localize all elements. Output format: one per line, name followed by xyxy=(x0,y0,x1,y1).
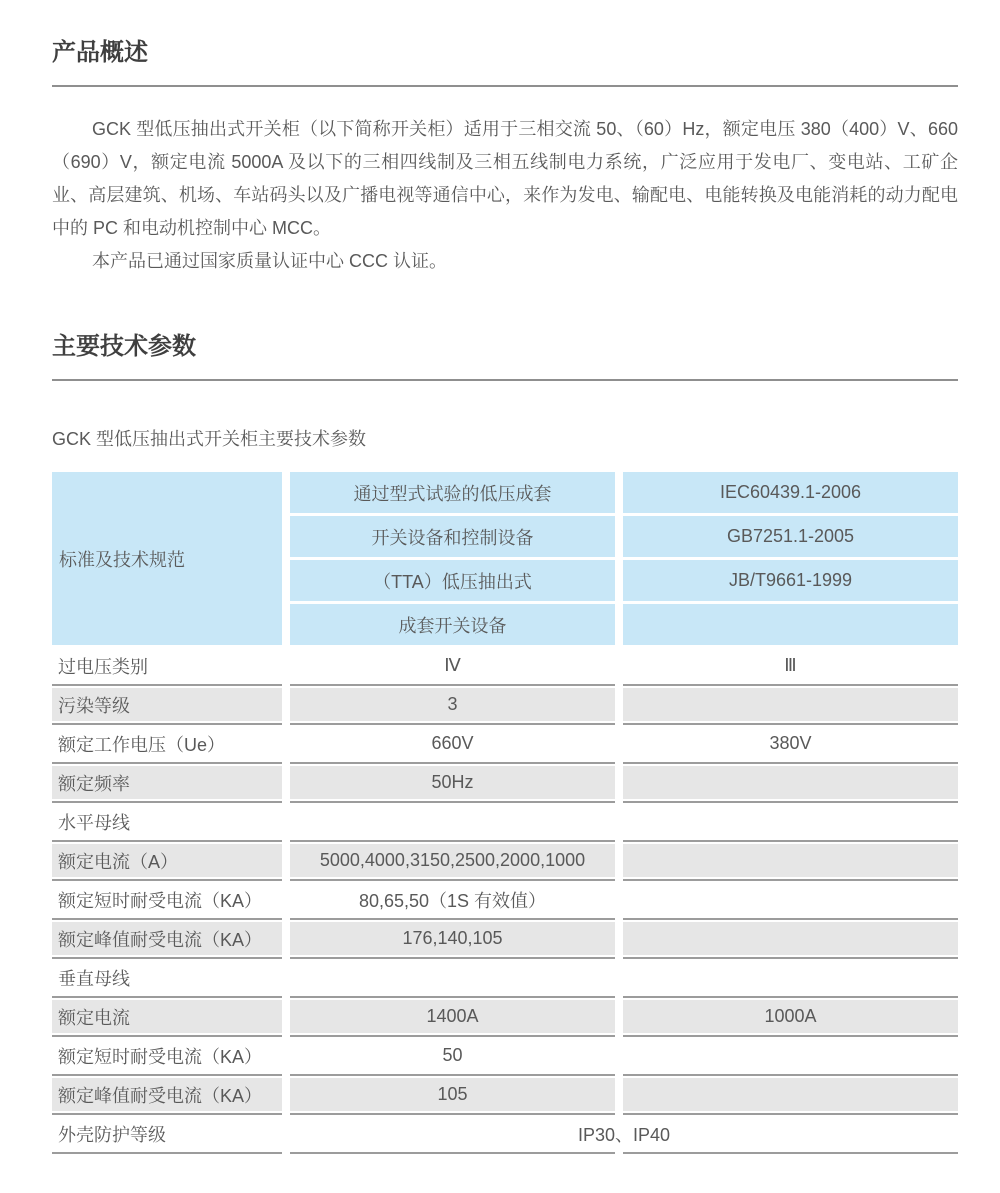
table-row: 过电压类别ⅣⅢ xyxy=(52,647,958,686)
row-label-text: 额定工作电压（Ue） xyxy=(52,731,225,757)
row-label-cell: 污染等级 xyxy=(52,686,282,725)
row-value-col3 xyxy=(623,920,958,959)
standards-value-cell xyxy=(623,604,958,645)
row-label-cell: 额定工作电压（Ue） xyxy=(52,725,282,764)
row-label-cell: 额定短时耐受电流（KA） xyxy=(52,1037,282,1076)
row-value-col2: 3 xyxy=(290,686,615,725)
section-title-params: 主要技术参数 xyxy=(52,332,958,381)
row-label-text: 额定峰值耐受电流（KA） xyxy=(52,926,262,952)
row-value-col2: 5000,4000,3150,2500,2000,1000 xyxy=(290,842,615,881)
standards-name-cell: （TTA）低压抽出式 xyxy=(290,560,615,601)
table-row: 额定电流（A）5000,4000,3150,2500,2000,1000 xyxy=(52,842,958,881)
row-label-text: 额定短时耐受电流（KA） xyxy=(52,887,262,913)
row-label-cell: 额定电流（A） xyxy=(52,842,282,881)
row-label-cell: 水平母线 xyxy=(52,803,282,842)
table-row: 额定工作电压（Ue）660V380V xyxy=(52,725,958,764)
row-label-cell: 垂直母线 xyxy=(52,959,282,998)
row-label-text: 额定电流（A） xyxy=(52,848,178,874)
table-row: 外壳防护等级IP30、IP40 xyxy=(52,1115,958,1154)
row-value-col3 xyxy=(623,842,958,881)
row-span-value: IP30、IP40 xyxy=(290,1115,958,1152)
row-label-cell: 额定频率 xyxy=(52,764,282,803)
table-caption: GCK 型低压抽出式开关柜主要技术参数 xyxy=(52,425,958,451)
overview-paragraph-1: GCK 型低压抽出式开关柜（以下简称开关柜）适用于三相交流 50、（60）Hz，… xyxy=(52,113,958,245)
standards-value-cell: IEC60439.1-2006 xyxy=(623,472,958,513)
row-label-text: 额定峰值耐受电流（KA） xyxy=(52,1082,262,1108)
row-label-text: 污染等级 xyxy=(52,692,130,718)
row-value-col2: 50 xyxy=(290,1037,615,1076)
standards-label-text: 标准及技术规范 xyxy=(52,546,185,572)
row-value-col3 xyxy=(623,764,958,803)
standards-name-cell: 成套开关设备 xyxy=(290,604,615,645)
standards-label-cell: 标准及技术规范 xyxy=(52,472,282,645)
table-row: 额定频率50Hz xyxy=(52,764,958,803)
row-label-text: 水平母线 xyxy=(52,809,130,835)
row-label-text: 过电压类别 xyxy=(52,653,148,679)
table-row: 额定短时耐受电流（KA）80,65,50（1S 有效值） xyxy=(52,881,958,920)
row-value-col2: Ⅳ xyxy=(290,647,615,686)
standards-value-cell: GB7251.1-2005 xyxy=(623,516,958,557)
row-value-col3: 380V xyxy=(623,725,958,764)
row-value-col2: 105 xyxy=(290,1076,615,1115)
spec-table: 标准及技术规范 通过型式试验的低压成套IEC60439.1-2006开关设备和控… xyxy=(52,472,958,1154)
row-label-cell: 额定电流 xyxy=(52,998,282,1037)
row-label-cell: 额定短时耐受电流（KA） xyxy=(52,881,282,920)
table-row: 额定峰值耐受电流（KA）176,140,105 xyxy=(52,920,958,959)
row-label-text: 外壳防护等级 xyxy=(52,1121,166,1147)
section-title-overview: 产品概述 xyxy=(52,38,958,87)
row-label-text: 额定频率 xyxy=(52,770,130,796)
standards-value-cell: JB/T9661-1999 xyxy=(623,560,958,601)
row-value-col3 xyxy=(623,803,958,842)
row-value-col2: 660V xyxy=(290,725,615,764)
row-label-cell: 过电压类别 xyxy=(52,647,282,686)
row-label-cell: 额定峰值耐受电流（KA） xyxy=(52,920,282,959)
row-value-col2 xyxy=(290,959,615,998)
row-value-col3: Ⅲ xyxy=(623,647,958,686)
table-section-row: 垂直母线 xyxy=(52,959,958,998)
row-label-text: 额定电流 xyxy=(52,1004,130,1030)
row-value-col2: 80,65,50（1S 有效值） xyxy=(290,881,615,920)
document-page: 产品概述 GCK 型低压抽出式开关柜（以下简称开关柜）适用于三相交流 50、（6… xyxy=(0,0,1000,1193)
row-value-col3 xyxy=(623,881,958,920)
row-value-col3 xyxy=(623,1037,958,1076)
row-value-col2: 1400A xyxy=(290,998,615,1037)
table-section-row: 水平母线 xyxy=(52,803,958,842)
row-value-col2 xyxy=(290,803,615,842)
spec-rows: 过电压类别ⅣⅢ污染等级3额定工作电压（Ue）660V380V额定频率50Hz水平… xyxy=(52,647,958,1154)
row-value-col2: 176,140,105 xyxy=(290,920,615,959)
row-value-col3 xyxy=(623,1076,958,1115)
overview-paragraph-2: 本产品已通过国家质量认证中心 CCC 认证。 xyxy=(52,245,958,278)
table-row: 额定峰值耐受电流（KA）105 xyxy=(52,1076,958,1115)
table-row: 污染等级3 xyxy=(52,686,958,725)
standards-header-block: 标准及技术规范 通过型式试验的低压成套IEC60439.1-2006开关设备和控… xyxy=(52,472,958,645)
row-value-col3: 1000A xyxy=(623,998,958,1037)
row-value-col3 xyxy=(623,686,958,725)
table-row: 额定短时耐受电流（KA）50 xyxy=(52,1037,958,1076)
row-label-text: 垂直母线 xyxy=(52,965,130,991)
row-label-cell: 额定峰值耐受电流（KA） xyxy=(52,1076,282,1115)
standards-name-cell: 通过型式试验的低压成套 xyxy=(290,472,615,513)
row-value-col2: 50Hz xyxy=(290,764,615,803)
standards-name-cell: 开关设备和控制设备 xyxy=(290,516,615,557)
row-value-col3 xyxy=(623,959,958,998)
row-label-text: 额定短时耐受电流（KA） xyxy=(52,1043,262,1069)
row-label-cell: 外壳防护等级 xyxy=(52,1115,282,1154)
table-row: 额定电流1400A1000A xyxy=(52,998,958,1037)
